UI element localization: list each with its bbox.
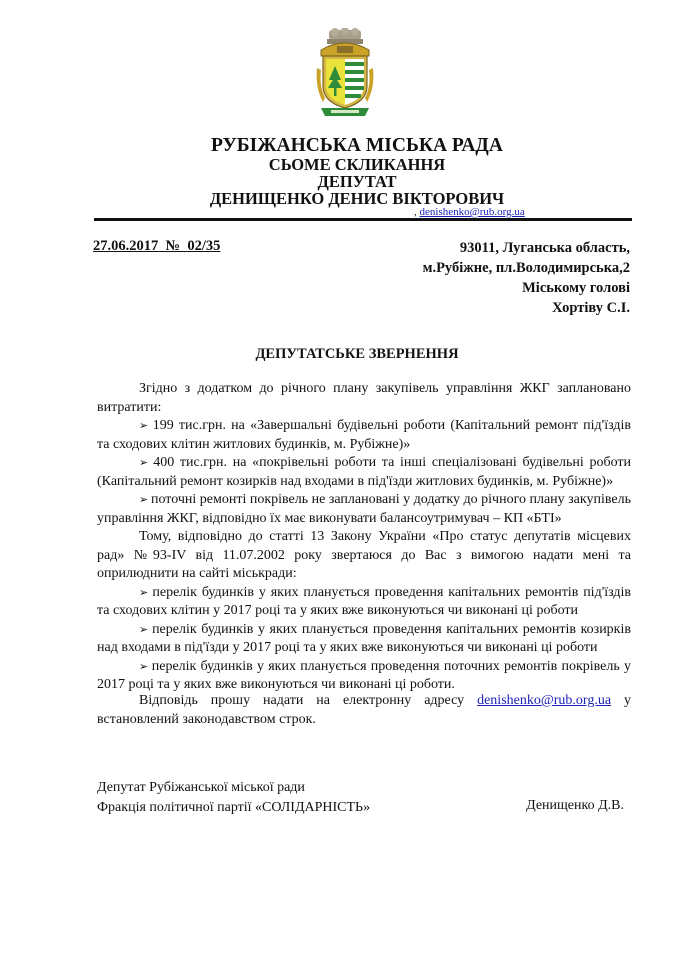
requested-item: перелік будинків у яких планується прове…	[97, 658, 631, 695]
planned-item: 199 тис.грн. на «Завершальні будівельні …	[97, 417, 631, 454]
planned-item: 400 тис.грн. на «покрівельні роботи та і…	[97, 454, 631, 491]
requested-item: перелік будинків у яких планується прове…	[97, 584, 631, 621]
reference-date-number: 27.06.2017 № 02/35	[93, 238, 220, 255]
reference-number: 02/35	[187, 238, 220, 254]
reply-paragraph: Відповідь прошу надати на електронну адр…	[97, 692, 631, 729]
deputy-name: ДЕНИЩЕНКО ДЕНИС ВІКТОРОВИЧ	[18, 189, 678, 209]
city-coat-of-arms-icon	[313, 28, 377, 120]
council-name: РУБІЖАНСЬКА МІСЬКА РАДА	[18, 135, 678, 157]
header-email-link[interactable]: denishenko@rub.org.ua	[420, 206, 525, 218]
intro-paragraph: Згідно з додатком до річного плану закуп…	[97, 380, 631, 417]
document-body: Згідно з додатком до річного плану закуп…	[97, 380, 631, 695]
number-sign: №	[166, 238, 181, 254]
signature-name: Денищенко Д.В.	[526, 798, 624, 814]
reply-text-before: Відповідь прошу надати на електронну адр…	[139, 693, 477, 708]
document-title: ДЕПУТАТСЬКЕ ЗВЕРНЕННЯ	[0, 346, 678, 363]
addressee-line: Хортіву С.І.	[423, 298, 630, 318]
reply-email-link[interactable]: denishenko@rub.org.ua	[477, 693, 611, 708]
header-email-line: , denishenko@rub.org.ua	[414, 206, 525, 218]
requested-item: перелік будинків у яких планується прове…	[97, 621, 631, 658]
signature-faction: Фракція політичної партії «СОЛІДАРНІСТЬ»	[97, 798, 370, 818]
reference-date: 27.06.2017	[93, 238, 158, 254]
addressee-block: 93011, Луганська область, м.Рубіжне, пл.…	[423, 238, 630, 318]
signature-position: Депутат Рубіжанської міської ради	[97, 778, 370, 798]
addressee-line: 93011, Луганська область,	[423, 238, 630, 258]
request-paragraph: Тому, відповідно до статті 13 Закону Укр…	[97, 528, 631, 584]
header-divider	[94, 218, 632, 221]
planned-item: поточні ремонті покрівель не заплановані…	[97, 491, 631, 528]
addressee-line: Міському голові	[423, 278, 630, 298]
addressee-line: м.Рубіжне, пл.Володимирська,2	[423, 258, 630, 278]
signature-block: Депутат Рубіжанської міської ради Фракці…	[97, 778, 370, 818]
